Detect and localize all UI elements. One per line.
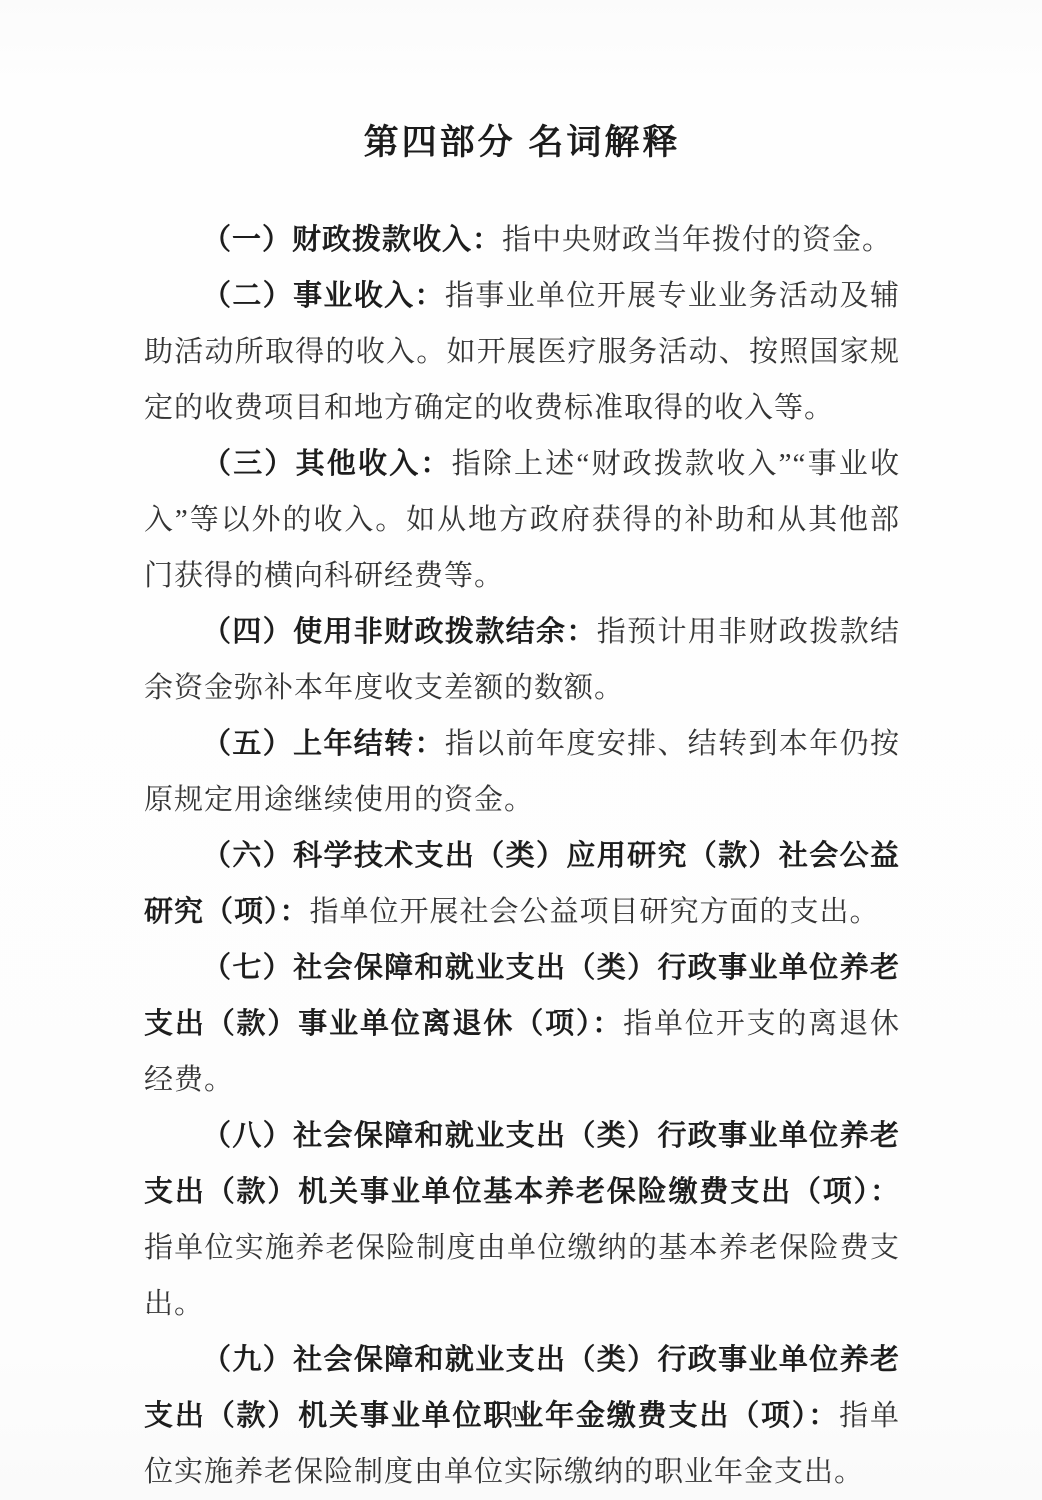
term-paragraph: （五）上年结转：指以前年度安排、结转到本年仍按原规定用途继续使用的资金。: [144, 716, 900, 828]
term-label: （一）财政拨款收入：: [202, 224, 502, 256]
term-definition: 指单位实施养老保险制度由单位缴纳的基本养老保险费支出。: [144, 1232, 900, 1320]
term-label: （八）社会保障和就业支出（类）行政事业单位养老支出（款）机关事业单位基本养老保险…: [144, 1120, 900, 1208]
term-label: （二）事业收入：: [202, 280, 445, 312]
document-body: （一）财政拨款收入：指中央财政当年拨付的资金。 （二）事业收入：指事业单位开展专…: [144, 212, 900, 1500]
term-paragraph: （三）其他收入：指除上述“财政拨款收入”“事业收入”等以外的收入。如从地方政府获…: [144, 436, 900, 604]
term-paragraph: （一）财政拨款收入：指中央财政当年拨付的资金。: [144, 212, 900, 268]
term-label: （五）上年结转：: [202, 728, 445, 760]
term-paragraph: （四）使用非财政拨款结余：指预计用非财政拨款结余资金弥补本年度收支差额的数额。: [144, 604, 900, 716]
term-label: （四）使用非财政拨款结余：: [202, 616, 597, 648]
page-number: 15: [0, 1401, 1042, 1426]
term-paragraph: （七）社会保障和就业支出（类）行政事业单位养老支出（款）事业单位离退休（项）：指…: [144, 940, 900, 1108]
term-paragraph: （二）事业收入：指事业单位开展专业业务活动及辅助活动所取得的收入。如开展医疗服务…: [144, 268, 900, 436]
term-paragraph: （六）科学技术支出（类）应用研究（款）社会公益研究（项）：指单位开展社会公益项目…: [144, 828, 900, 940]
term-paragraph: （八）社会保障和就业支出（类）行政事业单位养老支出（款）机关事业单位基本养老保险…: [144, 1108, 900, 1332]
document-page: 第四部分 名词解释 （一）财政拨款收入：指中央财政当年拨付的资金。 （二）事业收…: [0, 0, 1042, 1500]
term-definition: 指单位开展社会公益项目研究方面的支出。: [310, 896, 880, 928]
term-label: （三）其他收入：: [202, 448, 452, 480]
term-definition: 指中央财政当年拨付的资金。: [502, 224, 892, 256]
page-title: 第四部分 名词解释: [144, 122, 900, 164]
